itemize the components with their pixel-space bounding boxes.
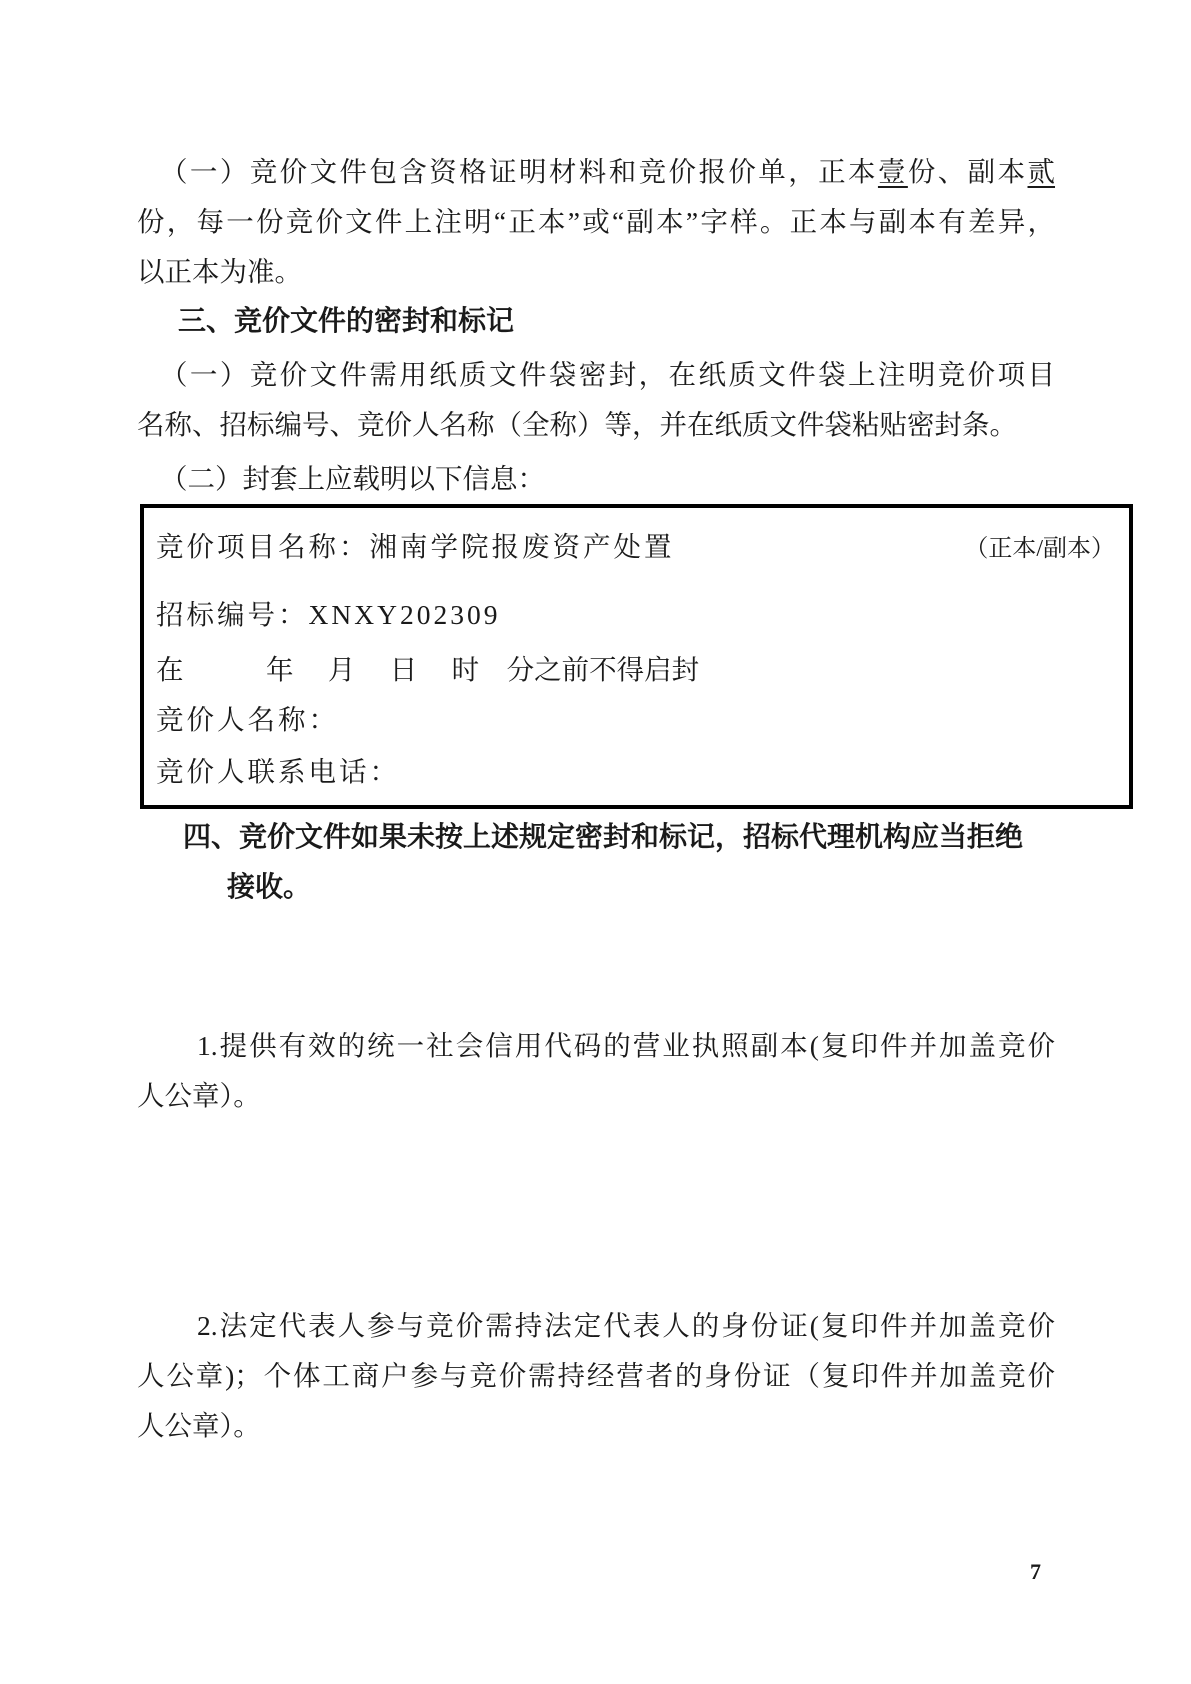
- item-business-license-line1: 1.提供有效的统一社会信用代码的营业执照副本(复印件并加盖竞价: [137, 1021, 1055, 1071]
- envelope-project-line: 竞价项目名称：湘南学院报废资产处置 （正本/副本）: [156, 522, 1115, 572]
- section-heading-reject-line2: 接收。: [137, 863, 1055, 913]
- section-heading-reject: 四、竞价文件如果未按上述规定密封和标记，招标代理机构应当拒绝 接收。: [137, 813, 1055, 913]
- item-business-license-line2: 人公章）。: [137, 1071, 1055, 1121]
- item-identity-card-line2: 人公章)；个体工商户参与竞价需持经营者的身份证（复印件并加盖竞价: [137, 1351, 1055, 1401]
- envelope-project-name: 竞价项目名称：湘南学院报废资产处置: [156, 522, 675, 572]
- paragraph-sealing: （一）竞价文件需用纸质文件袋密封，在纸质文件袋上注明竞价项目 名称、招标编号、竞…: [137, 350, 1055, 450]
- copies-text-mid: 份、副本: [908, 156, 1028, 187]
- item-business-license: 1.提供有效的统一社会信用代码的营业执照副本(复印件并加盖竞价 人公章）。: [137, 1021, 1055, 1121]
- envelope-tender-number: 招标编号：XNXY202309: [156, 590, 1115, 640]
- paragraph-copies-line3: 以正本为准。: [137, 247, 1055, 297]
- paragraph-sealing-line2: 名称、招标编号、竞价人名称（全称）等，并在纸质文件袋粘贴密封条。: [137, 400, 1055, 450]
- copies-text-pre: （一）竞价文件包含资格证明材料和竞价报价单，正本: [160, 156, 878, 187]
- section-heading-reject-line1: 四、竞价文件如果未按上述规定密封和标记，招标代理机构应当拒绝: [137, 813, 1055, 863]
- item-identity-card: 2.法定代表人参与竞价需持法定代表人的身份证(复印件并加盖竞价 人公章)；个体工…: [137, 1301, 1055, 1451]
- envelope-bidder-phone-label: 竞价人联系电话：: [156, 747, 1115, 797]
- underlined-one: 壹: [878, 156, 908, 187]
- envelope-bidder-name-label: 竞价人名称：: [156, 695, 1115, 745]
- page-number: 7: [1030, 1560, 1041, 1584]
- envelope-open-time-line: 在 年 月 日 时 分之前不得启封: [156, 645, 1115, 695]
- envelope-info-box: 竞价项目名称：湘南学院报废资产处置 （正本/副本） 招标编号：XNXY20230…: [140, 504, 1133, 809]
- paragraph-copies: （一）竞价文件包含资格证明材料和竞价报价单，正本壹份、副本贰 份，每一份竞价文件…: [137, 147, 1055, 297]
- underlined-two: 贰: [1028, 156, 1056, 187]
- document-page: （一）竞价文件包含资格证明材料和竞价报价单，正本壹份、副本贰 份，每一份竞价文件…: [0, 0, 1191, 1684]
- paragraph-envelope-intro: （二）封套上应载明以下信息：: [137, 454, 1055, 504]
- section-heading-sealing: 三、竞价文件的密封和标记: [137, 297, 1055, 347]
- paragraph-sealing-line1: （一）竞价文件需用纸质文件袋密封，在纸质文件袋上注明竞价项目: [137, 350, 1055, 400]
- envelope-copy-note: （正本/副本）: [964, 524, 1115, 574]
- item-identity-card-line1: 2.法定代表人参与竞价需持法定代表人的身份证(复印件并加盖竞价: [137, 1301, 1055, 1351]
- paragraph-copies-line2: 份，每一份竞价文件上注明“正本”或“副本”字样。正本与副本有差异，: [137, 197, 1055, 247]
- item-identity-card-line3: 人公章）。: [137, 1401, 1055, 1451]
- paragraph-copies-line1: （一）竞价文件包含资格证明材料和竞价报价单，正本壹份、副本贰: [137, 147, 1055, 197]
- page-content: （一）竞价文件包含资格证明材料和竞价报价单，正本壹份、副本贰 份，每一份竞价文件…: [137, 0, 1055, 1451]
